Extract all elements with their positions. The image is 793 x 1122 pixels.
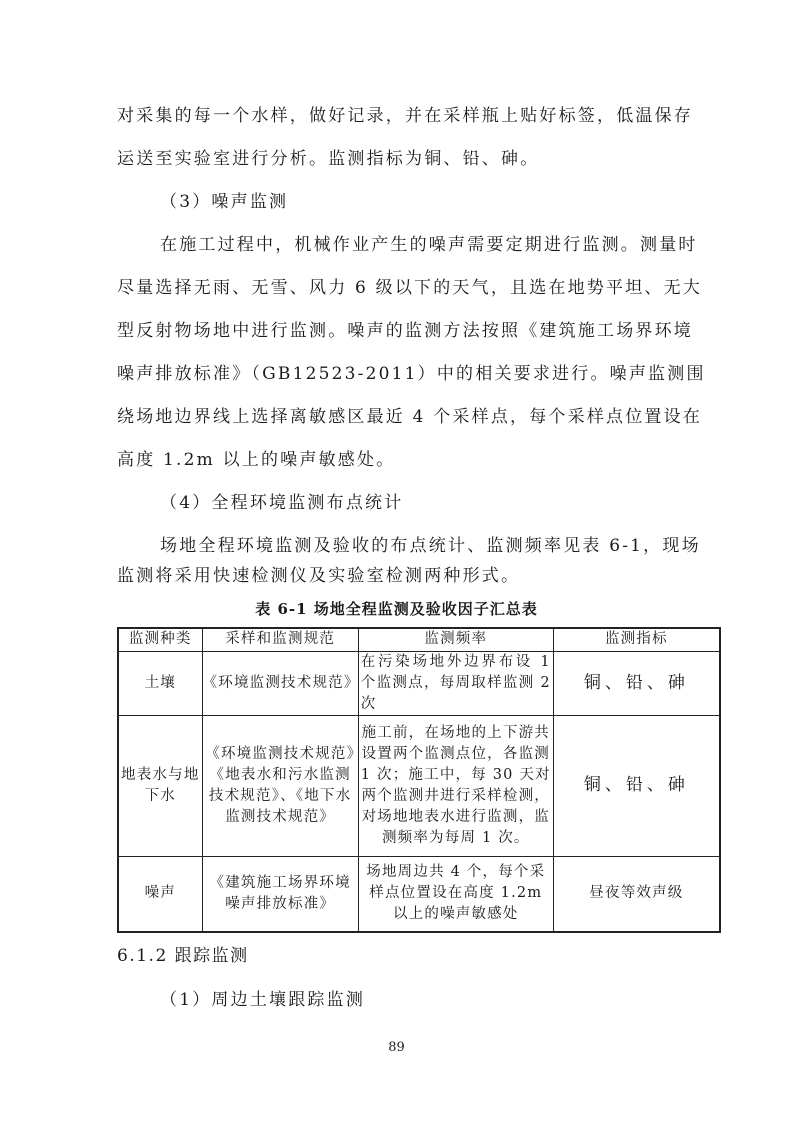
body-paragraph: 噪声排放标准》（GB12523-2011）中的相关要求进行。噪声监测围 (117, 364, 677, 384)
body-paragraph: 高度 1.2m 以上的噪声敏感处。 (117, 450, 677, 470)
section-heading: 6.1.2 跟踪监测 (117, 946, 677, 966)
body-paragraph: 尽量选择无雨、无雪、风力 6 级以下的天气，且选在地势平坦、无大 (117, 278, 677, 298)
subsection-heading: （4）全程环境监测布点统计 (160, 493, 720, 513)
indicator-cell: 昼夜等效声级 (553, 856, 720, 932)
table-row: 土壤 《环境监测技术规范》 在污染场地外边界布设 1 个监测点，每周取样监测 2… (118, 651, 720, 715)
subsection-heading: （1）周边土壤跟踪监测 (160, 990, 720, 1010)
frequency-cell: 在污染场地外边界布设 1 个监测点，每周取样监测 2 次 (358, 651, 553, 715)
body-paragraph: 对采集的每一个水样，做好记录，并在采样瓶上贴好标签，低温保存 (117, 106, 677, 126)
body-paragraph: 运送至实验室进行分析。监测指标为铜、铅、砷。 (117, 149, 677, 169)
frequency-cell: 施工前，在场地的上下游共设置两个监测点位，各监测 1 次；施工中，每 30 天对… (358, 715, 553, 856)
type-cell: 地表水与地下水 (118, 715, 202, 856)
header-cell: 监测种类 (118, 628, 202, 651)
header-cell: 监测指标 (553, 628, 720, 651)
standard-cell: 《环境监测技术规范》 (202, 651, 358, 715)
type-cell: 噪声 (118, 856, 202, 932)
table-caption: 表 6-1 场地全程监测及验收因子汇总表 (0, 598, 793, 619)
header-cell: 监测频率 (358, 628, 553, 651)
indicator-cell: 铜、铅、砷 (553, 651, 720, 715)
standard-cell: 《环境监测技术规范》《地表水和污水监测技术规范》、《地下水监测技术规范》 (202, 715, 358, 856)
table-header-row: 监测种类 采样和监测规范 监测频率 监测指标 (118, 628, 720, 651)
table-row: 噪声 《建筑施工场界环境噪声排放标准》 场地周边共 4 个，每个采样点位置设在高… (118, 856, 720, 932)
indicator-cell: 铜、铅、砷 (553, 715, 720, 856)
type-cell: 土壤 (118, 651, 202, 715)
page-number: 89 (0, 1040, 793, 1055)
table-row: 地表水与地下水 《环境监测技术规范》《地表水和污水监测技术规范》、《地下水监测技… (118, 715, 720, 856)
standard-cell: 《建筑施工场界环境噪声排放标准》 (202, 856, 358, 932)
subsection-heading: （3）噪声监测 (160, 192, 720, 212)
header-cell: 采样和监测规范 (202, 628, 358, 651)
body-paragraph: 在施工过程中，机械作业产生的噪声需要定期进行监测。测量时 (160, 235, 720, 255)
body-paragraph: 绕场地边界线上选择离敏感区最近 4 个采样点，每个采样点位置设在 (117, 407, 677, 427)
body-paragraph: 型反射物场地中进行监测。噪声的监测方法按照《建筑施工场界环境 (117, 321, 677, 341)
body-paragraph: 场地全程环境监测及验收的布点统计、监测频率见表 6-1，现场 (160, 536, 720, 556)
monitoring-summary-table: 监测种类 采样和监测规范 监测频率 监测指标 土壤 《环境监测技术规范》 在污染… (117, 627, 721, 933)
body-paragraph: 监测将采用快速检测仪及实验室检测两种形式。 (117, 566, 677, 586)
frequency-cell: 场地周边共 4 个，每个采样点位置设在高度 1.2m 以上的噪声敏感处 (358, 856, 553, 932)
